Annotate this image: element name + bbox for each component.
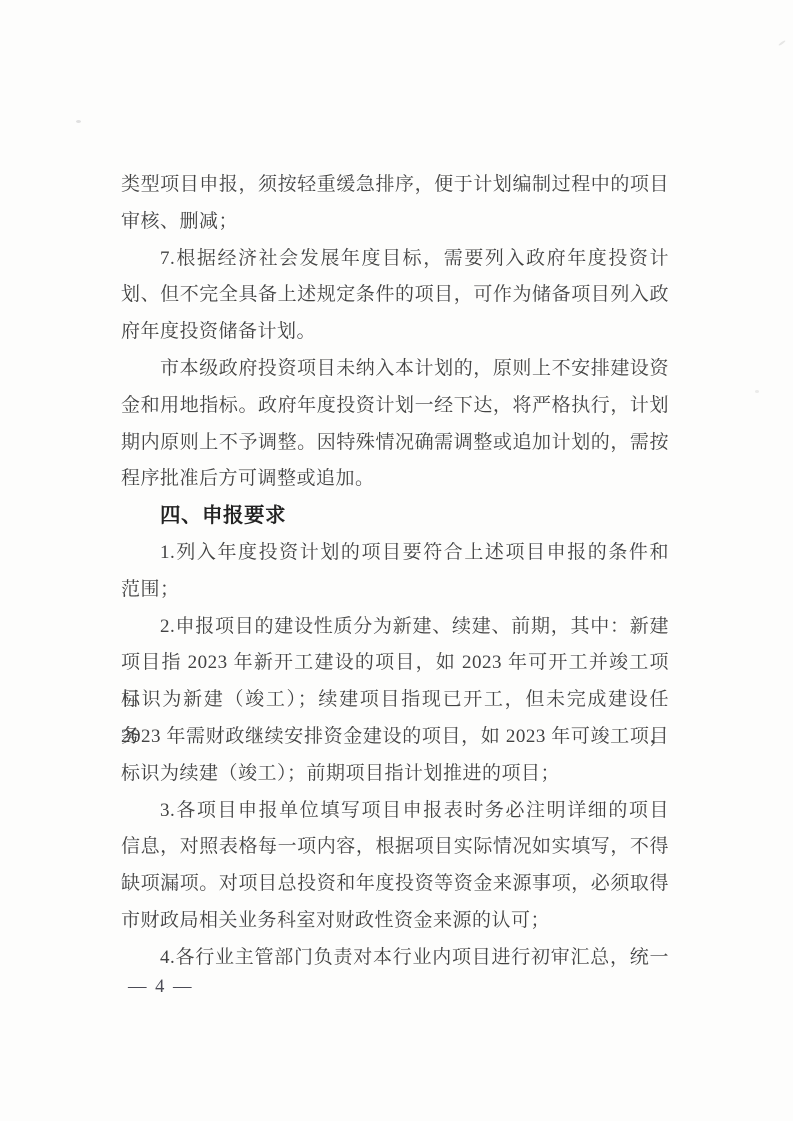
doc-line: 项目指 2023 年新开工建设的项目，如 2023 年可开工并竣工项目: [121, 645, 669, 682]
doc-line: 信息，对照表格每一项内容，根据项目实际情况如实填写，不得: [121, 829, 669, 866]
doc-line: 标识为续建（竣工）；前期项目指计划推进的项目；: [121, 756, 669, 793]
doc-line: 2023 年需财政继续安排资金建设的项目，如 2023 年可竣工项目: [121, 719, 669, 756]
doc-line: 划、但不完全具备上述规定条件的项目，可作为储备项目列入政: [121, 277, 669, 314]
section-heading: 四、申报要求: [121, 498, 669, 535]
doc-line: 2.申报项目的建设性质分为新建、续建、前期，其中：新建: [121, 609, 669, 646]
document-page: 类型项目申报，须按轻重缓急排序，便于计划编制过程中的项目 审核、删减； 7.根据…: [0, 0, 793, 1121]
page-number: — 4 —: [128, 977, 194, 998]
doc-line: 金和用地指标。政府年度投资计划一经下达，将严格执行，计划: [121, 388, 669, 425]
doc-line: 标识为新建（竣工）；续建项目指现已开工，但未完成建设任务，: [121, 682, 669, 719]
scan-speck-artifact: [778, 40, 786, 46]
doc-line: 1.列入年度投资计划的项目要符合上述项目申报的条件和: [121, 535, 669, 572]
scan-speck-artifact: [76, 120, 81, 123]
doc-line: 期内原则上不予调整。因特殊情况确需调整或追加计划的，需按: [121, 425, 669, 462]
doc-line: 市本级政府投资项目未纳入本计划的，原则上不安排建设资: [121, 351, 669, 388]
doc-line: 程序批准后方可调整或追加。: [121, 461, 669, 498]
doc-line: 缺项漏项。对项目总投资和年度投资等资金来源事项，必须取得: [121, 866, 669, 903]
doc-line: 审核、删减；: [121, 204, 669, 241]
doc-line: 范围；: [121, 572, 669, 609]
scan-speck-artifact: [755, 390, 759, 393]
document-body: 类型项目申报，须按轻重缓急排序，便于计划编制过程中的项目 审核、删减； 7.根据…: [121, 167, 669, 977]
doc-line: 7.根据经济社会发展年度目标，需要列入政府年度投资计: [121, 241, 669, 278]
doc-line: 类型项目申报，须按轻重缓急排序，便于计划编制过程中的项目: [121, 167, 669, 204]
doc-line: 4.各行业主管部门负责对本行业内项目进行初审汇总，统一: [121, 940, 669, 977]
doc-line: 市财政局相关业务科室对财政性资金来源的认可；: [121, 903, 669, 940]
doc-line: 3.各项目申报单位填写项目申报表时务必注明详细的项目: [121, 793, 669, 830]
doc-line: 府年度投资储备计划。: [121, 314, 669, 351]
